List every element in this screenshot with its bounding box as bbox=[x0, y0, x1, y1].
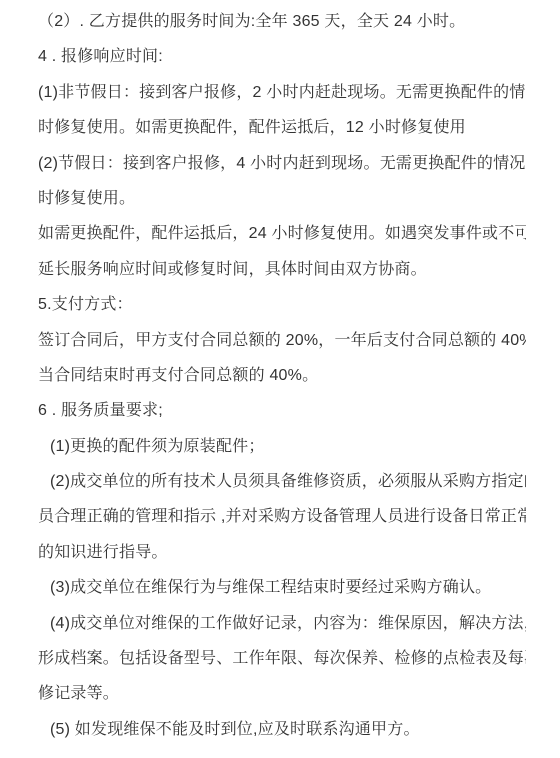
text-line: (5) 如发现维保不能及时到位,应及时联系沟通甲方。 bbox=[38, 712, 526, 747]
text-line: 签订合同后，甲方支付合同总额的 20%，一年后支付合同总额的 40%，第二年 bbox=[38, 323, 526, 358]
text-line: 形成档案。包括设备型号、工作年限、每次保养、检修的点检表及每次报修的维 bbox=[38, 641, 526, 676]
text-line: 时修复使用。如需更换配件，配件运抵后，12 小时修复使用 bbox=[38, 110, 526, 145]
document-body: （2）. 乙方提供的服务时间为:全年 365 天，全天 24 小时。4 . 报修… bbox=[38, 4, 526, 747]
text-line: (3)成交单位在维保行为与维保工程结束时要经过采购方确认。 bbox=[38, 570, 526, 605]
text-line: (4)成交单位对维保的工作做好记录，内容为：维保原因，解决方法，耗材等 bbox=[38, 606, 526, 641]
text-line: 6 . 服务质量要求; bbox=[38, 393, 526, 428]
text-line: (1)非节假日：接到客户报修，2 小时内赶赴现场。无需更换配件的情况下，6 小 bbox=[38, 75, 526, 110]
text-line: (2)节假日：接到客户报修，4 小时内赶到现场。无需更换配件的情况下，12 小 bbox=[38, 146, 526, 181]
text-line: (1)更换的配件须为原装配件； bbox=[38, 429, 526, 464]
text-line: 5.支付方式： bbox=[38, 287, 526, 322]
text-line: 员合理正确的管理和指示 ,并对采购方设备管理人员进行设备日常正常运行使用 bbox=[38, 499, 526, 534]
text-line: (2)成交单位的所有技术人员须具备维修资质，必须服从采购方指定的管理人 bbox=[38, 464, 526, 499]
text-line: 时修复使用。 bbox=[38, 181, 526, 216]
text-line: 如需更换配件，配件运抵后，24 小时修复使用。如遇突发事件或不可抗力,可能 bbox=[38, 216, 526, 251]
text-line: 的知识进行指导。 bbox=[38, 535, 526, 570]
text-line: 延长服务响应时间或修复时间，具体时间由双方协商。 bbox=[38, 252, 526, 287]
text-line: 修记录等。 bbox=[38, 676, 526, 711]
document-page: （2）. 乙方提供的服务时间为:全年 365 天，全天 24 小时。4 . 报修… bbox=[0, 0, 560, 758]
text-line: 4 . 报修响应时间: bbox=[38, 39, 526, 74]
text-line: 当合同结束时再支付合同总额的 40%。 bbox=[38, 358, 526, 393]
text-line: （2）. 乙方提供的服务时间为:全年 365 天，全天 24 小时。 bbox=[38, 4, 526, 39]
